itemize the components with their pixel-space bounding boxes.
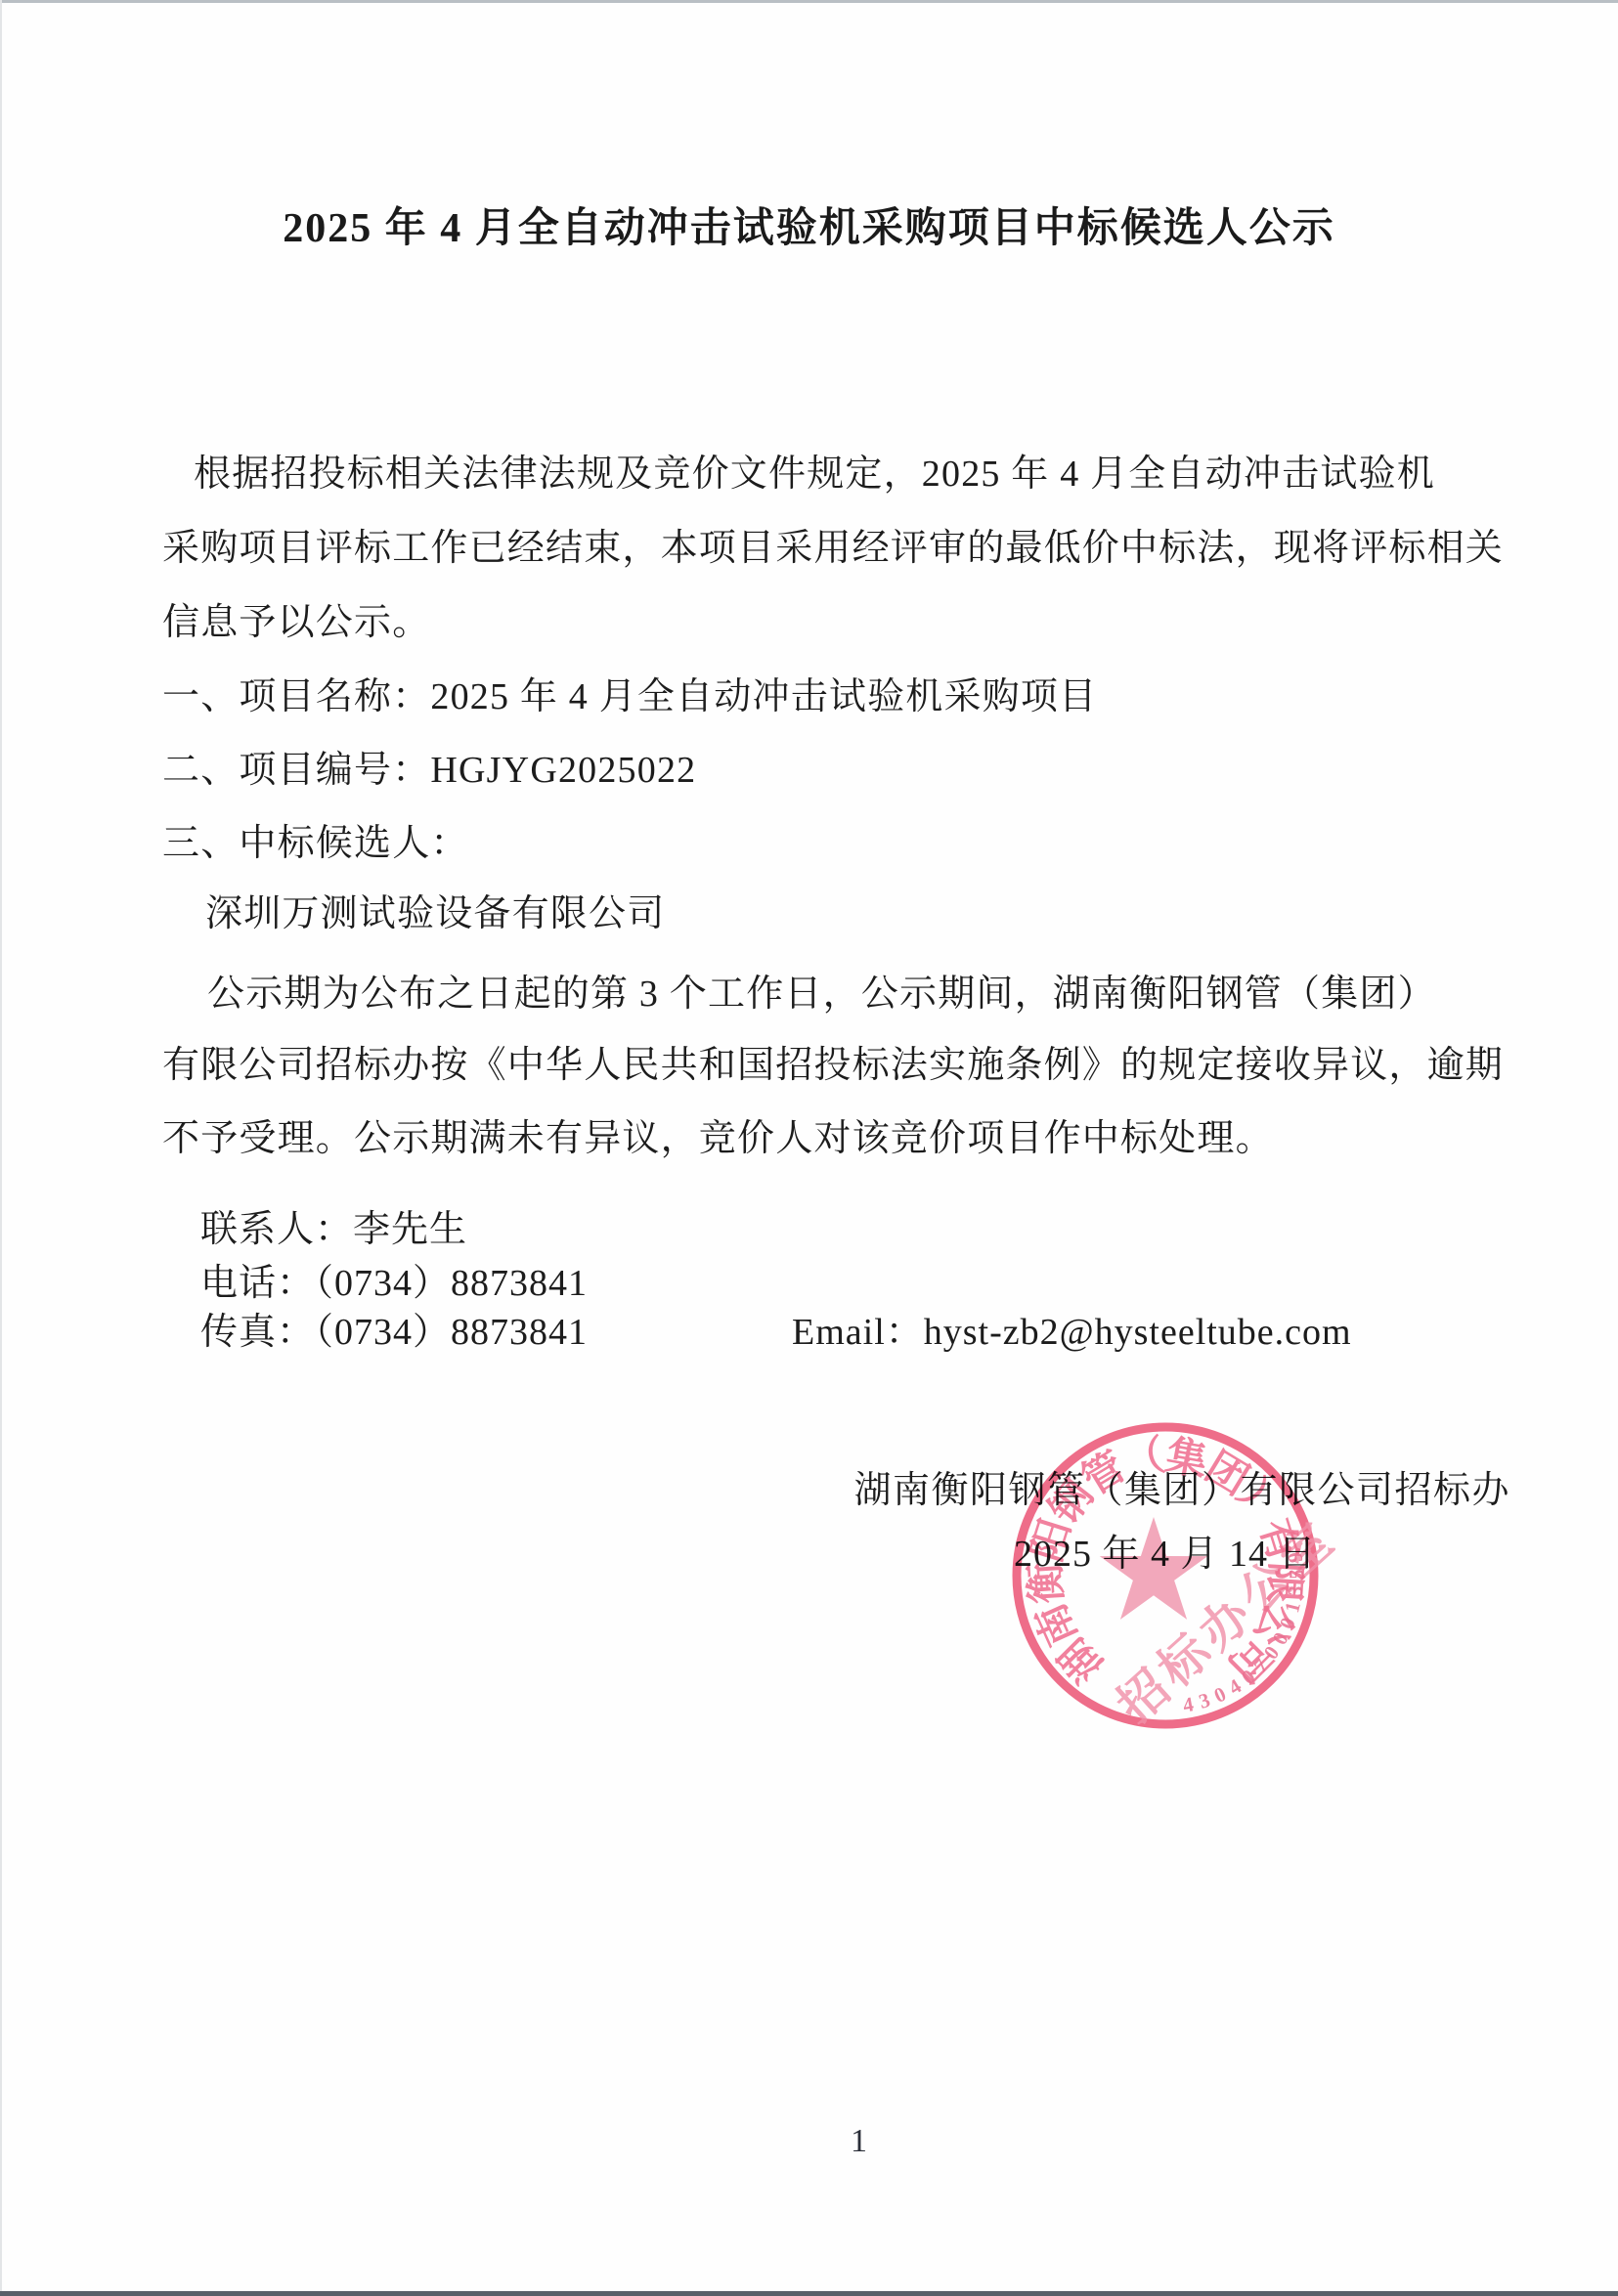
contact-phone: 电话：（0734）8873841 (200, 1258, 588, 1309)
official-seal: 招标办公室 湖南衡阳钢管（集团）有限公司 4304070001359 (983, 1393, 1348, 1758)
notice-line-1: 公示期为公布之日起的第 3 个工作日，公示期间，湖南衡阳钢管（集团） (207, 957, 1436, 1031)
candidates-heading-line: 三、中标候选人： (162, 806, 469, 881)
project-number-line: 二、项目编号：HGJYG2025022 (162, 733, 696, 807)
scan-edge-bottom (0, 2291, 1618, 2296)
seal-star-icon (1100, 1517, 1207, 1620)
svg-text:0: 0 (1210, 1682, 1230, 1708)
contact-fax: 传真：（0734）8873841 (200, 1307, 588, 1358)
intro-line-1: 根据招投标相关法律法规及竞价文件规定，2025 年 4 月全自动冲击试验机 (194, 437, 1435, 511)
scan-edge-top (0, 0, 1618, 3)
notice-line-2: 有限公司招标办按《中华人民共和国招投标法实施条例》的规定接收异议，逾期 (162, 1028, 1504, 1103)
candidate-name: 深圳万测试验设备有限公司 (205, 877, 665, 951)
document-title: 2025 年 4 月全自动冲击试验机采购项目中标候选人公示 (0, 195, 1618, 254)
svg-text:衡: 衡 (1023, 1561, 1071, 1605)
intro-line-3: 信息予以公示。 (162, 585, 430, 660)
svg-text:5: 5 (1285, 1569, 1308, 1580)
scan-edge-left (0, 0, 2, 2296)
project-name-line: 一、项目名称：2025 年 4 月全自动冲击试验机采购项目 (162, 660, 1097, 734)
svg-text:（: （ (1119, 1433, 1168, 1486)
intro-line-2: 采购项目评标工作已经结束，本项目采用经评审的最低价中标法，现将评标相关 (162, 511, 1504, 585)
document-page: 2025 年 4 月全自动冲击试验机采购项目中标候选人公示 根据招投标相关法律法… (0, 0, 1618, 2296)
svg-text:3: 3 (1196, 1688, 1212, 1713)
notice-line-3: 不予受理。公示期满未有异议，竞价人对该竞价项目作中标处理。 (162, 1102, 1274, 1176)
svg-text:4: 4 (1181, 1692, 1196, 1717)
contact-person: 联系人：李先生 (200, 1204, 467, 1255)
contact-email: Email：hyst-zb2@hysteeltube.com (792, 1307, 1352, 1358)
page-number: 1 (851, 2123, 867, 2160)
